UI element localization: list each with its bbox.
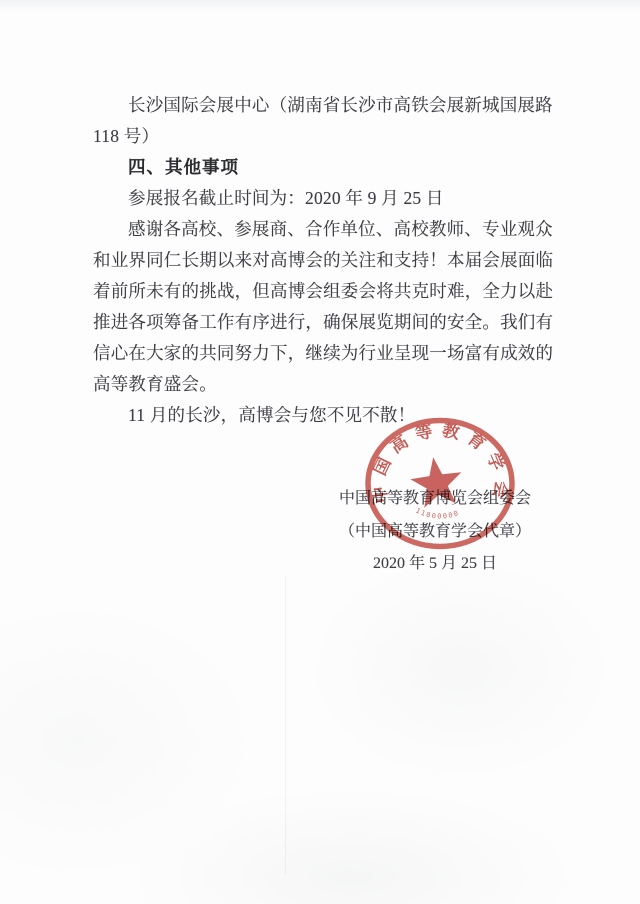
document-body: 长沙国际会展中心（湖南省长沙市高铁会展新城国展路118 号）四、其他事项参展报名… [93, 90, 555, 431]
scanned-document-page: { "document": { "body_lines": [ { "text"… [0, 0, 640, 904]
document-text-line: 推进各项筹备工作有序进行，确保展览期间的安全。我们有 [93, 307, 555, 338]
document-text-line: 感谢各高校、参展商、合作单位、高校教师、专业观众 [93, 214, 555, 245]
document-text-line: 四、其他事项 [93, 152, 555, 183]
seal-serial-number: 11000000 [414, 507, 461, 521]
official-seal-stamp: 中国高等教育学会 11000000 [355, 408, 527, 560]
document-text-line: 着前所未有的挑战，但高博会组委会将共克时难，全力以赴 [93, 276, 555, 307]
scan-artifact-top-band [0, 0, 640, 14]
scan-crease-line [285, 575, 286, 875]
document-text-line: 118 号） [93, 121, 555, 152]
document-text-line: 高等教育盛会。 [93, 369, 555, 400]
document-text-line: 信心在大家的共同努力下，继续为行业呈现一场富有成效的 [93, 338, 555, 369]
document-text-line: 参展报名截止时间为：2020 年 9 月 25 日 [93, 183, 555, 214]
document-text-line: 和业界同仁长期以来对高博会的关注和支持！本届会展面临 [93, 245, 555, 276]
document-text-line: 长沙国际会展中心（湖南省长沙市高铁会展新城国展路 [93, 90, 555, 121]
star-icon [410, 457, 461, 508]
